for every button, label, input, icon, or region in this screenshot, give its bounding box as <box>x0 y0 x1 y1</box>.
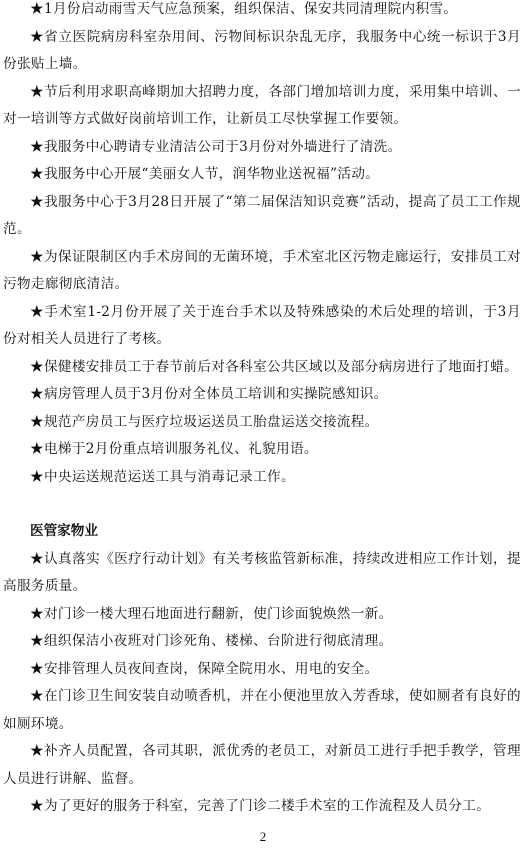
paragraph: ★补齐人员配置，各司其职，派优秀的老员工，对新员工进行手把手教学，管理人员进行讲… <box>3 738 521 793</box>
paragraph: ★我服务中心于3月28日开展了“第二届保洁知识竞赛”活动，提高了员工工作规范。 <box>3 189 521 244</box>
document-page: ★1月份启动雨雪天气应急预案，组织保洁、保安共同清理院内积雪。 ★省立医院病房科… <box>3 0 521 821</box>
section-2: 医管家物业 ★认真落实《医疗行动计划》有关考核监管新标准，持续改进相应工作计划，… <box>3 518 521 821</box>
paragraph: ★我服务中心开展“美丽女人节，润华物业送祝福”活动。 <box>3 161 521 189</box>
paragraph: ★组织保洁小夜班对门诊死角、楼梯、台阶进行彻底清理。 <box>3 628 521 656</box>
paragraph: ★病房管理人员于3月份对全体员工培训和实操院感知识。 <box>3 381 521 409</box>
paragraph: ★规范产房员工与医疗垃圾运送员工胎盘运送交接流程。 <box>3 409 521 437</box>
paragraph: ★为保证限制区内手术房间的无菌环境，手术室北区污物走廊运行，安排员工对污物走廊彻… <box>3 244 521 299</box>
paragraph: ★安排管理人员夜间查岗，保障全院用水、用电的安全。 <box>3 656 521 684</box>
paragraph: ★电梯于2月份重点培训服务礼仪、礼貌用语。 <box>3 436 521 464</box>
paragraph: ★中央运送规范运送工具与消毒记录工作。 <box>3 464 521 492</box>
section-heading: 医管家物业 <box>3 518 521 546</box>
paragraph: ★省立医院病房科室杂用间、污物间标识杂乱无序，我服务中心统一标识于3月份张贴上墙… <box>3 24 521 79</box>
paragraph: ★对门诊一楼大理石地面进行翻新，使门诊面貌焕然一新。 <box>3 601 521 629</box>
section-1: ★1月份启动雨雪天气应急预案，组织保洁、保安共同清理院内积雪。 ★省立医院病房科… <box>3 0 521 491</box>
paragraph: ★为了更好的服务于科室，完善了门诊二楼手术室的工作流程及人员分工。 <box>3 793 521 821</box>
paragraph: ★1月份启动雨雪天气应急预案，组织保洁、保安共同清理院内积雪。 <box>3 0 521 24</box>
paragraph: ★认真落实《医疗行动计划》有关考核监管新标准，持续改进相应工作计划，提高服务质量… <box>3 546 521 601</box>
paragraph: ★保健楼安排员工于春节前后对各科室公共区域以及部分病房进行了地面打蜡。 <box>3 354 521 382</box>
paragraph: ★我服务中心聘请专业清洁公司于3月份对外墙进行了清洗。 <box>3 134 521 162</box>
paragraph: ★在门诊卫生间安装自动喷香机，并在小便池里放入芳香球，使如厕者有良好的如厕环境。 <box>3 683 521 738</box>
paragraph: ★手术室1-2月份开展了关于连台手术以及特殊感染的术后处理的培训，于3月份对相关… <box>3 299 521 354</box>
section-spacer <box>3 491 521 518</box>
page-number: 2 <box>0 829 526 845</box>
paragraph: ★节后利用求职高峰期加大招聘力度，各部门增加培训力度，采用集中培训、一对一培训等… <box>3 79 521 134</box>
